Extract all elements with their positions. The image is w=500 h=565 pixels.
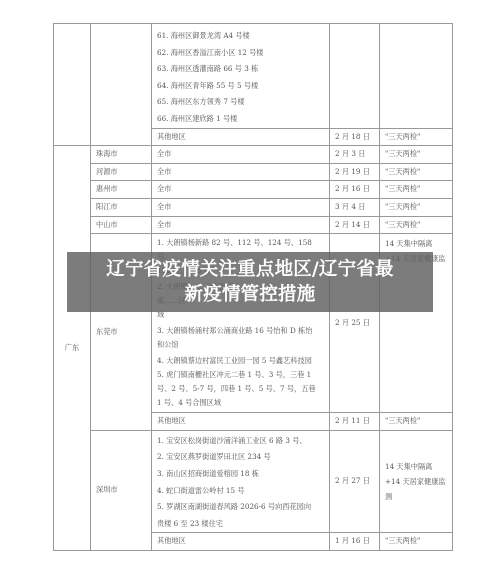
city-cell (91, 24, 152, 146)
date-cell: 2 月 16 日 (330, 181, 380, 199)
list-item: 1. 宝安区松岗街道沙浦洋涌工业区 6 路 3 号、 (157, 433, 324, 450)
measure-cell: "三天两检" (380, 533, 453, 551)
banner-title-line1: 辽宁省疫情关注重点地区/辽宁省最 (67, 257, 433, 282)
area-cell: 全市 (152, 198, 330, 216)
table-row: 阳江市 全市 3 月 4 日 "三天两检" (54, 198, 453, 216)
banner-title: 辽宁省疫情关注重点地区/辽宁省最 新疫情管控措施 (67, 252, 433, 307)
area-cell: 其他地区 (152, 533, 330, 551)
measure-cell: 14 天集中隔离+14 天居家健康监测 (380, 430, 453, 533)
list-item: 66. 海州区建欣路 1 号楼 (157, 111, 324, 128)
table-row: 河源市 全市 2 月 19 日 "三天两检" (54, 163, 453, 181)
list-item: 4. 大朗镇蔡边村富民工业园一园 5 号鑫艺科技园 (157, 354, 324, 368)
date-cell: 2 月 19 日 (330, 163, 380, 181)
city-cell: 中山市 (91, 216, 152, 234)
list-item: 5. 罗湖区南湖街道春风路 2026-6 号向西花园向 (157, 499, 324, 516)
date-cell (330, 24, 380, 129)
measure-cell: "三天两检" (380, 163, 453, 181)
city-cell: 河源市 (91, 163, 152, 181)
list-item: 5. 虎门镇南栅社区冲元二巷 1 号、3 号，三巷 1 (157, 368, 324, 382)
measure-cell: "三天两检" (380, 146, 453, 164)
area-list-cell: 1. 宝安区松岗街道沙浦洋涌工业区 6 路 3 号、 2. 宝安区燕罗街道罗田北… (152, 430, 330, 533)
area-cell: 其他地区 (152, 128, 330, 146)
area-cell: 其他地区 (152, 413, 330, 431)
list-item: 63. 海州区透灌南路 66 号 3 栋 (157, 61, 324, 78)
province-cell (54, 24, 91, 146)
area-cell: 全市 (152, 163, 330, 181)
table-row: 广东 珠海市 全市 2 月 3 日 "三天两检" (54, 146, 453, 164)
date-cell: 2 月 3 日 (330, 146, 380, 164)
list-item: 65. 海州区东方领秀 7 号楼 (157, 94, 324, 111)
area-list-cell: 61. 海州区御景龙湾 A4 号楼 62. 海州区香溢江南小区 12 号楼 63… (152, 24, 330, 129)
list-item: 3. 南山区招商街道爱榕园 18 栋 (157, 466, 324, 483)
date-cell: 1 月 16 日 (330, 533, 380, 551)
list-item: 和公馆 (157, 338, 324, 352)
area-cell: 全市 (152, 181, 330, 199)
date-cell: 2 月 14 日 (330, 216, 380, 234)
list-item: 1 号、4 号合围区域 (157, 396, 324, 410)
list-item: 贵楼 6 至 23 楼住宅 (157, 516, 324, 533)
list-item: 3. 大朗镇杨涌村郑公涌商业路 16 号怡和 D 栋怡 (157, 324, 324, 338)
date-cell: 3 月 4 日 (330, 198, 380, 216)
measure-cell: "三天两检" (380, 181, 453, 199)
list-item: 号、2 号、5-7 号，四巷 1 号、5 号、7 号，五巷 (157, 382, 324, 396)
area-cell: 全市 (152, 216, 330, 234)
list-item: 4. 蛇口街道雷公岭村 15 号 (157, 483, 324, 500)
measure-cell: "三天两检" (380, 198, 453, 216)
measure-cell (380, 24, 453, 129)
measure-cell: "三天两检" (380, 216, 453, 234)
banner-title-line2: 新疫情管控措施 (67, 282, 433, 307)
city-cell: 深圳市 (91, 430, 152, 550)
list-item: 62. 海州区香溢江南小区 12 号楼 (157, 45, 324, 62)
date-cell: 2 月 11 日 (330, 413, 380, 431)
list-item: 64. 海州区青年路 55 号 5 号楼 (157, 78, 324, 95)
measure-cell: "三天两检" (380, 413, 453, 431)
list-item: 61. 海州区御景龙湾 A4 号楼 (157, 28, 324, 45)
table-row: 中山市 全市 2 月 14 日 "三天两检" (54, 216, 453, 234)
date-cell: 2 月 18 日 (330, 128, 380, 146)
city-cell: 珠海市 (91, 146, 152, 164)
city-cell: 阳江市 (91, 198, 152, 216)
area-cell: 全市 (152, 146, 330, 164)
table-row: 61. 海州区御景龙湾 A4 号楼 62. 海州区香溢江南小区 12 号楼 63… (54, 24, 453, 129)
city-cell: 惠州市 (91, 181, 152, 199)
date-cell: 2 月 27 日 (330, 430, 380, 533)
table-row: 深圳市 1. 宝安区松岗街道沙浦洋涌工业区 6 路 3 号、 2. 宝安区燕罗街… (54, 430, 453, 533)
list-item: 2. 宝安区燕罗街道罗田北区 234 号 (157, 449, 324, 466)
title-banner: 辽宁省疫情关注重点地区/辽宁省最 新疫情管控措施 (67, 252, 433, 312)
measure-cell: "三天两检" (380, 128, 453, 146)
table-row: 惠州市 全市 2 月 16 日 "三天两检" (54, 181, 453, 199)
province-cell: 广东 (54, 146, 91, 551)
